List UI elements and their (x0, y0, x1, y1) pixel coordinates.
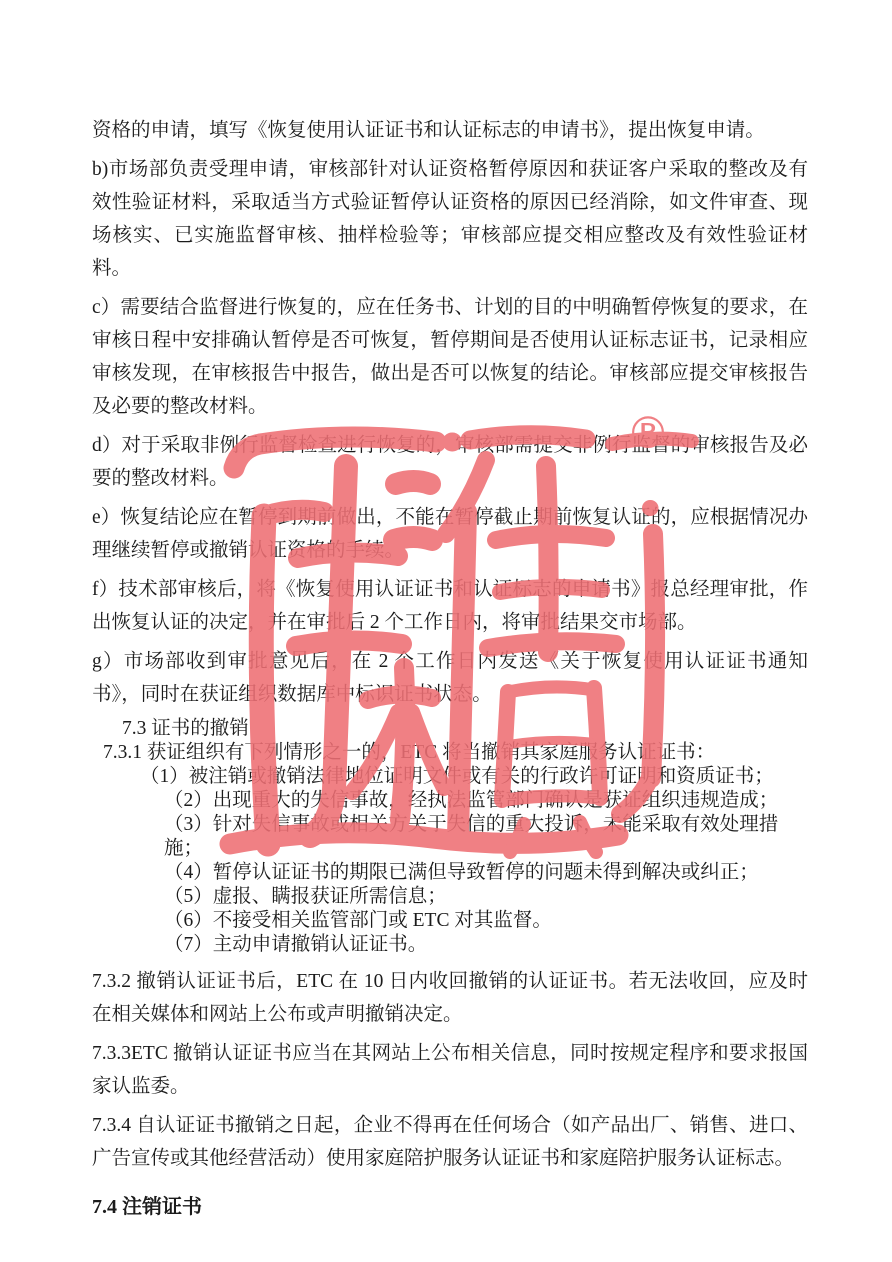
list-item: （1）被注销或撤销法律地位证明文件或有关的行政许可证明和资质证书； (92, 765, 808, 789)
section-7-4-heading: 7.4 注销证书 (92, 1193, 808, 1221)
document-content: 资格的申请，填写《恢复使用认证证书和认证标志的申请书》，提出恢复申请。 b)市场… (92, 114, 808, 1221)
list-item: （6）不接受相关监管部门或 ETC 对其监督。 (92, 909, 808, 933)
paragraph-c: c）需要结合监督进行恢复的，应在任务书、计划的目的中明确暂停恢复的要求，在审核日… (92, 291, 808, 423)
section-7-3: 7.3 证书的撤销 7.3.1 获证组织有下列情形之一的，ETC 将当撤销其家庭… (92, 717, 808, 957)
clause-7-3-4: 7.3.4 自认证证书撤销之日起，企业不得再在任何场合（如产品出厂、销售、进口、… (92, 1109, 808, 1175)
clause-7-3-2: 7.3.2 撤销认证证书后，ETC 在 10 日内收回撤销的认证证书。若无法收回… (92, 965, 808, 1031)
section-7-3-heading: 7.3 证书的撤销 (92, 717, 808, 741)
paragraph-d: d）对于采取非例行监督检查进行恢复的，审核部需提交非例行监督的审核报告及必要的整… (92, 429, 808, 495)
paragraph-b: b)市场部负责受理申请，审核部针对认证资格暂停原因和获证客户采取的整改及有效性验… (92, 153, 808, 285)
list-item: （5）虚报、瞒报获证所需信息； (92, 885, 808, 909)
list-item: （7）主动申请撤销认证证书。 (92, 933, 808, 957)
list-item: （2）出现重大的失信事故，经执法监管部门确认是获证组织违规造成； (92, 789, 808, 813)
clause-7-3-3: 7.3.3ETC 撤销认证证书应当在其网站上公布相关信息，同时按规定程序和要求报… (92, 1037, 808, 1103)
list-item: （4）暂停认证证书的期限已满但导致暂停的问题未得到解决或纠正； (92, 861, 808, 885)
document-page: 资格的申请，填写《恢复使用认证证书和认证标志的申请书》，提出恢复申请。 b)市场… (0, 0, 892, 1262)
paragraph-a-continuation: 资格的申请，填写《恢复使用认证证书和认证标志的申请书》，提出恢复申请。 (92, 114, 808, 147)
paragraph-f: f）技术部审核后，将《恢复使用认证证书和认证标志的申请书》报总经理审批，作出恢复… (92, 573, 808, 639)
list-item: （3）针对失信事故或相关方关于失信的重大投诉，未能采取有效处理措施； (92, 813, 808, 861)
paragraph-g: g）市场部收到审批意见后，在 2 个工作日内发送《关于恢复使用认证证书通知书》，… (92, 645, 808, 711)
paragraph-e: e）恢复结论应在暂停到期前做出，不能在暂停截止期前恢复认证的，应根据情况办理继续… (92, 501, 808, 567)
clause-7-3-1: 7.3.1 获证组织有下列情形之一的，ETC 将当撤销其家庭服务认证证书： (92, 741, 808, 765)
